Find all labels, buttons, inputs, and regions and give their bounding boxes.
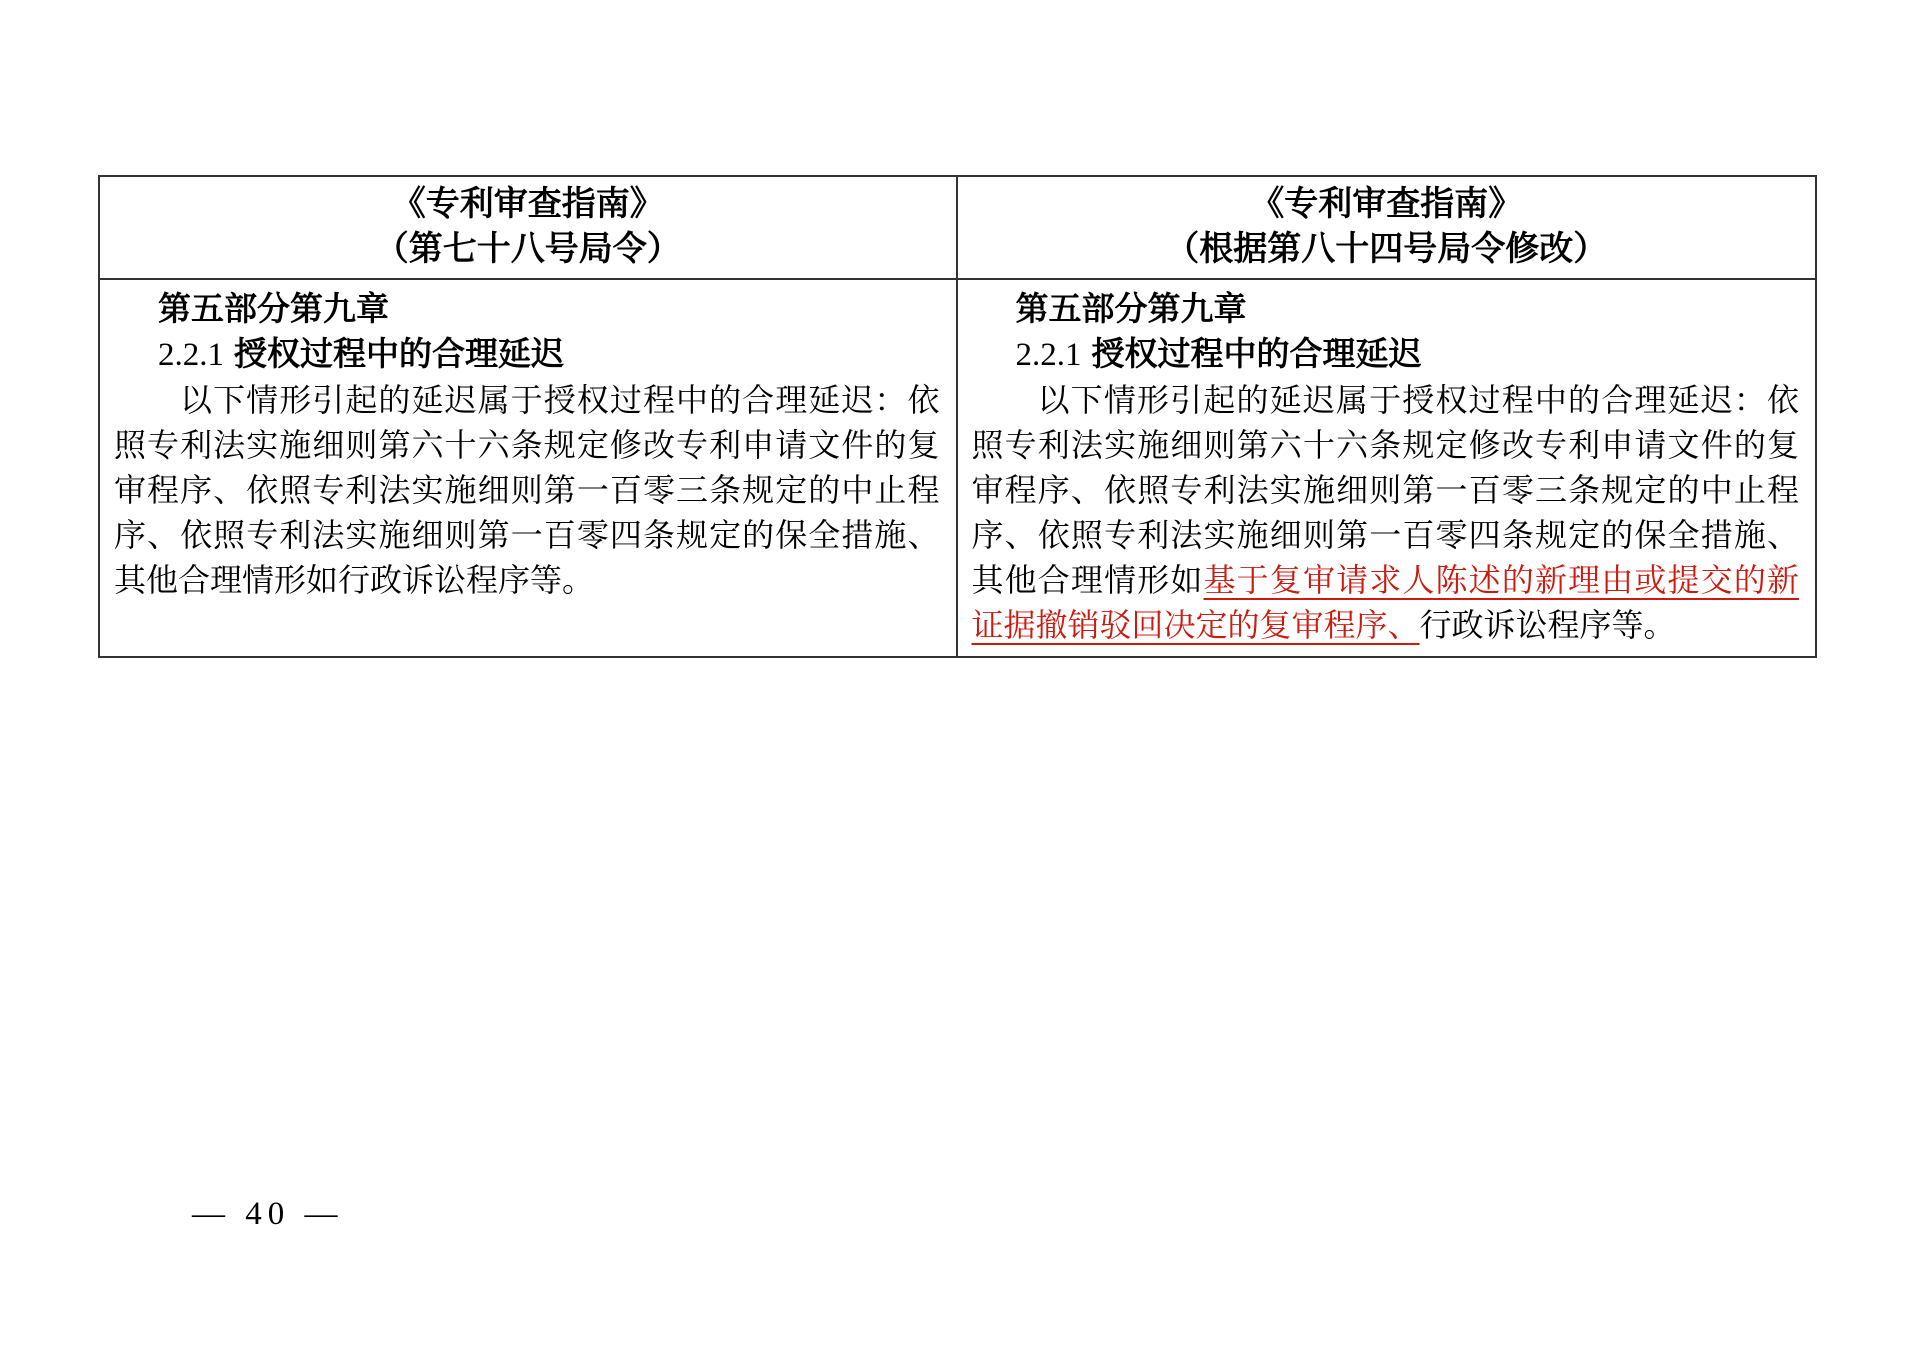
section-title-new: 授权过程中的合理延迟 [1092,335,1422,372]
document-page: { "page": { "page_number": "— 40 —" }, "… [0,0,1920,1358]
new-version-subtitle: （根据第八十四号局令修改） [958,227,1816,272]
table-body-row: 第五部分第九章 2.2.1授权过程中的合理延迟 以下情形引起的延迟属于授权过程中… [100,280,1815,656]
section-title-old: 授权过程中的合理延迟 [234,335,564,372]
section-heading-new: 2.2.1授权过程中的合理延迟 [972,331,1800,378]
section-number-old: 2.2.1 [158,337,224,373]
new-version-title: 《专利审查指南》 [958,182,1816,227]
body-cell-old-version: 第五部分第九章 2.2.1授权过程中的合理延迟 以下情形引起的延迟属于授权过程中… [100,280,958,656]
chapter-heading-old: 第五部分第九章 [114,286,940,331]
section-heading-old: 2.2.1授权过程中的合理延迟 [114,331,940,378]
paragraph-old: 以下情形引起的延迟属于授权过程中的合理延迟：依照专利法实施细则第六十六条规定修改… [114,378,940,603]
table-header-row: 《专利审查指南》 （第七十八号局令） 《专利审查指南》 （根据第八十四号局令修改… [100,177,1815,280]
chapter-heading-new: 第五部分第九章 [972,286,1800,331]
header-cell-new-version: 《专利审查指南》 （根据第八十四号局令修改） [958,177,1816,278]
paragraph-new-unchanged-after: 行政诉讼程序等。 [1420,607,1676,643]
old-version-title: 《专利审查指南》 [100,182,956,227]
header-cell-old-version: 《专利审查指南》 （第七十八号局令） [100,177,958,278]
page-number: — 40 — [192,1196,344,1233]
section-number-new: 2.2.1 [1016,337,1082,373]
old-version-subtitle: （第七十八号局令） [100,227,956,272]
body-cell-new-version: 第五部分第九章 2.2.1授权过程中的合理延迟 以下情形引起的延迟属于授权过程中… [958,280,1816,656]
paragraph-new: 以下情形引起的延迟属于授权过程中的合理延迟：依照专利法实施细则第六十六条规定修改… [972,378,1800,648]
comparison-table: 《专利审查指南》 （第七十八号局令） 《专利审查指南》 （根据第八十四号局令修改… [98,175,1817,658]
